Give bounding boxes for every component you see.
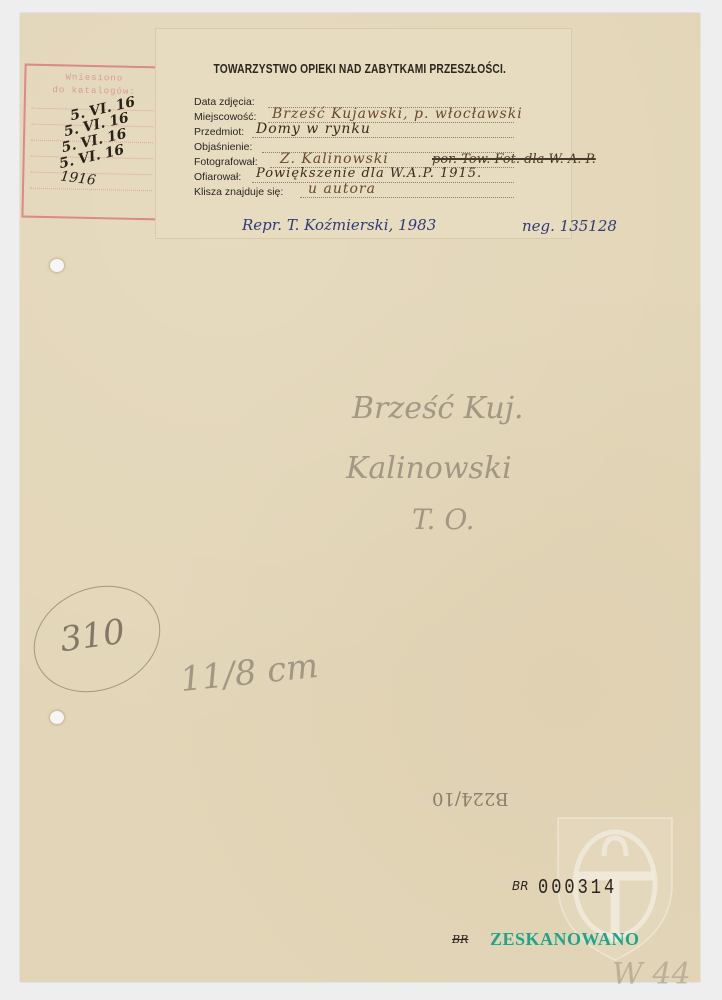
field-label: Objaśnienie: <box>194 141 252 153</box>
dotted-line <box>252 182 514 183</box>
stamp-line-2: do katalogów: <box>26 85 162 98</box>
negative-number: neg. 135128 <box>522 217 617 235</box>
reproduction-note: Repr. T. Koźmierski, 1983 <box>242 216 436 234</box>
field-value: Powiększenie dla W.A.P. 1915. <box>256 166 482 181</box>
field-label: Data zdjęcia: <box>194 96 255 108</box>
inventory-number: 000314 <box>538 877 617 901</box>
field-value: Domy w rynku <box>256 121 371 137</box>
inventory-prefix: BR <box>512 879 529 893</box>
pencil-place: Brześć Kuj. <box>352 391 524 426</box>
scanned-stamp: ZESKANOWANO <box>490 929 640 950</box>
field-subject: Przedmiot: Domy w rynku <box>194 126 614 141</box>
stamp-year: 1916 <box>59 169 96 189</box>
struck-prefix: BR <box>452 933 468 946</box>
struck-out-text: por. Tow. Fot. dla W. A. P. <box>432 152 596 167</box>
field-value: Brześć Kujawski, p. włocławski <box>272 106 523 122</box>
punch-hole <box>50 259 64 272</box>
field-label: Miejscowość: <box>194 111 256 123</box>
pencil-author: Kalinowski <box>346 451 512 486</box>
field-negative-location: Klisza znajduje się: u autora <box>194 186 614 201</box>
catalog-stamp: Wniesiono do katalogów: 5. VI. 16 5. VI.… <box>21 64 164 221</box>
stamp-line-1: Wniesiono <box>26 72 162 85</box>
field-value: Z. Kalinowski <box>280 151 389 167</box>
field-label: Klisza znajduje się: <box>194 186 283 198</box>
inverted-shelfmark: B224/10 <box>432 788 509 809</box>
card-title: TOWARZYSTWO OPIEKI NAD ZABYTKAMI PRZESZŁ… <box>190 62 530 76</box>
pencil-initials: T. O. <box>412 503 475 536</box>
record-card: TOWARZYSTWO OPIEKI NAD ZABYTKAMI PRZESZŁ… <box>155 28 572 239</box>
field-label: Fotografował: <box>194 156 258 168</box>
field-value: u autora <box>308 181 376 197</box>
dotted-line <box>300 197 514 198</box>
dotted-line <box>252 137 514 138</box>
field-donor: Ofiarował: Powiększenie dla W.A.P. 1915. <box>194 171 614 186</box>
field-label: Przedmiot: <box>194 126 244 138</box>
pencil-size: 11/8 cm <box>178 646 320 700</box>
corner-mark: W 44 <box>612 957 691 992</box>
document-page: Wniesiono do katalogów: 5. VI. 16 5. VI.… <box>20 13 700 982</box>
field-label: Ofiarował: <box>194 171 241 183</box>
punch-hole <box>50 711 64 724</box>
